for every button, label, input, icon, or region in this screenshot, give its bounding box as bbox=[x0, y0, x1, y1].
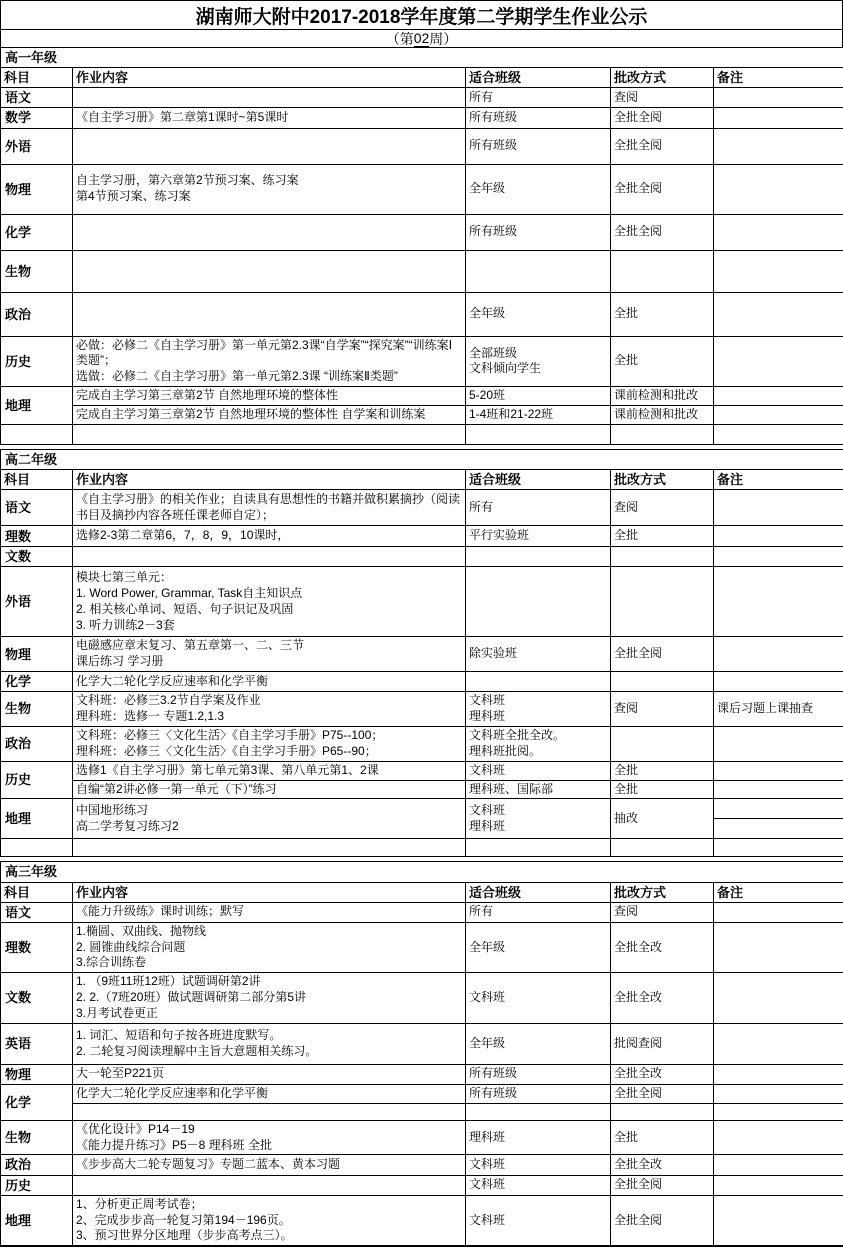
subject-cell: 外语 bbox=[1, 567, 73, 637]
note-cell bbox=[714, 922, 843, 972]
classes-cell bbox=[466, 1103, 611, 1120]
page-title: 湖南师大附中2017-2018学年度第二学期学生作业公示 bbox=[1, 1, 842, 30]
classes-cell: 所有 bbox=[466, 88, 611, 108]
content-cell bbox=[73, 1103, 466, 1120]
table-row: 文数 bbox=[1, 547, 843, 567]
content-cell: 必做：必修二《自主学习册》第一单元第2.3课“自学案”“探究案”“训练案Ⅰ类题”… bbox=[73, 336, 466, 386]
table-row: 自编“第2讲必修一第一单元（下）”练习 理科班、国际部 全批 bbox=[1, 780, 843, 799]
content-cell: 1.椭圆、双曲线、抛物线 2. 圆锥曲线综合问题 3.综合训练卷 bbox=[73, 922, 466, 972]
classes-cell: 理科班、国际部 bbox=[466, 780, 611, 799]
table-row: 理数 选修2-3第二章第6，7，8，9，10课时， 平行实验班 全批 bbox=[1, 526, 843, 547]
subject-cell: 英语 bbox=[1, 1023, 73, 1064]
method-cell bbox=[611, 547, 714, 567]
note-cell bbox=[714, 567, 843, 637]
classes-cell: 文科班全批全改。 理科班批阅。 bbox=[466, 726, 611, 761]
method-cell: 全批 bbox=[611, 336, 714, 386]
method-cell: 全批 bbox=[611, 292, 714, 336]
subject-cell bbox=[1, 424, 73, 444]
column-header-subject: 科目 bbox=[1, 882, 73, 902]
section-label-row: 高三年级 bbox=[1, 862, 843, 882]
method-cell: 全批全阅 bbox=[611, 164, 714, 214]
content-cell: 文科班：必修三〈文化生活〉《自主学习手册》P75--100； 理科班：必修三〈文… bbox=[73, 726, 466, 761]
content-cell: 《能力升级练》课时训练；默写 bbox=[73, 902, 466, 922]
note-cell bbox=[714, 1155, 843, 1175]
note-cell bbox=[714, 780, 843, 799]
note-cell bbox=[714, 336, 843, 386]
section-label: 高三年级 bbox=[1, 862, 843, 882]
content-cell: 完成自主学习第三章第2节 自然地理环境的整体性 自学案和训练案 bbox=[73, 406, 466, 425]
column-header-note: 备注 bbox=[714, 882, 843, 902]
subject-cell: 理数 bbox=[1, 526, 73, 547]
classes-cell: 理科班 bbox=[466, 1120, 611, 1155]
method-cell: 全批 bbox=[611, 526, 714, 547]
subject-cell: 语文 bbox=[1, 88, 73, 108]
content-cell: 1、分析更正周考试卷； 2、完成步步高一轮复习第194－196页。 3、预习世界… bbox=[73, 1195, 466, 1246]
method-cell: 查阅 bbox=[611, 490, 714, 526]
method-cell: 查阅 bbox=[611, 692, 714, 727]
note-cell bbox=[714, 726, 843, 761]
classes-cell bbox=[466, 672, 611, 692]
method-cell: 全批全改 bbox=[611, 1064, 714, 1084]
subject-cell: 物理 bbox=[1, 164, 73, 214]
subtitle-suffix: 周） bbox=[429, 29, 457, 49]
table-row: 政治 文科班：必修三〈文化生活〉《自主学习手册》P75--100； 理科班：必修… bbox=[1, 726, 843, 761]
note-cell bbox=[714, 902, 843, 922]
table-row: 物理 自主学习册，第六章第2节预习案、练习案 第4节预习案、练习案 全年级 全批… bbox=[1, 164, 843, 214]
note-cell bbox=[714, 88, 843, 108]
note-cell bbox=[714, 973, 843, 1023]
method-cell: 全批 bbox=[611, 761, 714, 780]
note-cell bbox=[714, 637, 843, 672]
classes-cell: 文科班 bbox=[466, 761, 611, 780]
table-row bbox=[1, 1103, 843, 1120]
note-cell bbox=[714, 406, 843, 425]
column-header-subject: 科目 bbox=[1, 68, 73, 88]
classes-cell: 文科班 bbox=[466, 1155, 611, 1175]
subject-cell: 语文 bbox=[1, 490, 73, 526]
method-cell: 全批全阅 bbox=[611, 128, 714, 164]
week-subtitle: （第 02 周） bbox=[1, 30, 842, 47]
subject-cell: 历史 bbox=[1, 336, 73, 386]
classes-cell: 1-4班和21-22班 bbox=[466, 406, 611, 425]
subtitle-prefix: （第 bbox=[386, 29, 414, 49]
method-cell: 全批全改 bbox=[611, 1155, 714, 1175]
subject-cell: 化学 bbox=[1, 214, 73, 250]
content-cell: 1. 词汇、短语和句子按各班进度默写。 2. 二轮复习阅读理解中主旨大意题相关练… bbox=[73, 1023, 466, 1064]
classes-cell: 全年级 bbox=[466, 1023, 611, 1064]
content-cell: 文科班：必修三3.2节自学案及作业 理科班：选修一 专题1.2,1.3 bbox=[73, 692, 466, 727]
header-row: 科目 作业内容 适合班级 批改方式 备注 bbox=[1, 882, 843, 902]
note-cell bbox=[714, 424, 843, 444]
table-row: 英语 1. 词汇、短语和句子按各班进度默写。 2. 二轮复习阅读理解中主旨大意题… bbox=[1, 1023, 843, 1064]
content-cell: 1. （9班11班12班）试题调研第2讲 2. 2.（7班20班）做试题调研第二… bbox=[73, 973, 466, 1023]
method-cell: 抽改 bbox=[611, 799, 714, 839]
note-cell bbox=[714, 490, 843, 526]
method-cell bbox=[611, 567, 714, 637]
note-cell bbox=[714, 1120, 843, 1155]
subject-cell: 生物 bbox=[1, 250, 73, 292]
column-header-content: 作业内容 bbox=[73, 470, 466, 490]
section-label: 高一年级 bbox=[1, 48, 843, 68]
classes-cell: 全年级 bbox=[466, 292, 611, 336]
subject-cell: 地理 bbox=[1, 799, 73, 839]
classes-cell: 所有班级 bbox=[466, 1084, 611, 1103]
classes-cell: 所有 bbox=[466, 490, 611, 526]
classes-cell: 所有 bbox=[466, 902, 611, 922]
content-cell: 化学大二轮化学反应速率和化学平衡 bbox=[73, 672, 466, 692]
classes-cell: 所有班级 bbox=[466, 1064, 611, 1084]
note-cell bbox=[714, 164, 843, 214]
note-cell bbox=[714, 1175, 843, 1195]
content-cell: 《优化设计》P14－19 《能力提升练习》P5－8 理科班 全批 bbox=[73, 1120, 466, 1155]
classes-cell: 所有班级 bbox=[466, 108, 611, 128]
content-cell bbox=[73, 839, 466, 857]
table-row: 化学 所有班级 全批全阅 bbox=[1, 214, 843, 250]
method-cell: 全批全阅 bbox=[611, 637, 714, 672]
subject-cell: 生物 bbox=[1, 1120, 73, 1155]
subject-cell: 语文 bbox=[1, 902, 73, 922]
note-cell bbox=[714, 819, 843, 839]
table-row: 政治 《步步高大二轮专题复习》专题二蓝本、黄本习题 文科班 全批全改 bbox=[1, 1155, 843, 1175]
column-header-method: 批改方式 bbox=[611, 68, 714, 88]
method-cell: 全批全阅 bbox=[611, 214, 714, 250]
method-cell: 全批全阅 bbox=[611, 1084, 714, 1103]
classes-cell: 全部班级 文科倾向学生 bbox=[466, 336, 611, 386]
grade-1-section: 高一年级 科目 作业内容 适合班级 批改方式 备注 语文 所有 查阅 数学 《自… bbox=[0, 47, 843, 445]
header-row: 科目 作业内容 适合班级 批改方式 备注 bbox=[1, 470, 843, 490]
classes-cell bbox=[466, 424, 611, 444]
note-cell bbox=[714, 672, 843, 692]
subject-cell: 物理 bbox=[1, 1064, 73, 1084]
method-cell bbox=[611, 1103, 714, 1120]
note-cell bbox=[714, 1064, 843, 1084]
content-cell bbox=[73, 88, 466, 108]
content-cell bbox=[73, 292, 466, 336]
content-cell: 大一轮至P221页 bbox=[73, 1064, 466, 1084]
method-cell: 查阅 bbox=[611, 88, 714, 108]
subject-cell: 外语 bbox=[1, 128, 73, 164]
note-cell bbox=[714, 839, 843, 857]
note-cell bbox=[714, 108, 843, 128]
classes-cell: 除实验班 bbox=[466, 637, 611, 672]
title-block: 湖南师大附中2017-2018学年度第二学期学生作业公示 （第 02 周） bbox=[0, 0, 843, 47]
content-cell bbox=[73, 214, 466, 250]
classes-cell: 文科班 bbox=[466, 973, 611, 1023]
column-header-note: 备注 bbox=[714, 470, 843, 490]
content-cell: 电磁感应章末复习、第五章第一、二、三节 课后练习 学习册 bbox=[73, 637, 466, 672]
table-row: 文数 1. （9班11班12班）试题调研第2讲 2. 2.（7班20班）做试题调… bbox=[1, 973, 843, 1023]
note-cell bbox=[714, 387, 843, 406]
table-row: 生物 文科班：必修三3.2节自学案及作业 理科班：选修一 专题1.2,1.3 文… bbox=[1, 692, 843, 727]
table-row: 地理 1、分析更正周考试卷； 2、完成步步高一轮复习第194－196页。 3、预… bbox=[1, 1195, 843, 1246]
method-cell: 全批全改 bbox=[611, 973, 714, 1023]
table-row: 语文 《自主学习册》的相关作业；自读具有思想性的书籍并做积累摘抄（阅读书目及摘抄… bbox=[1, 490, 843, 526]
column-header-content: 作业内容 bbox=[73, 882, 466, 902]
table-row: 语文 所有 查阅 bbox=[1, 88, 843, 108]
content-cell: 《自主学习册》第二章第1课时~第5课时 bbox=[73, 108, 466, 128]
method-cell: 全批全阅 bbox=[611, 1175, 714, 1195]
table-row: 生物 bbox=[1, 250, 843, 292]
column-header-method: 批改方式 bbox=[611, 470, 714, 490]
note-cell bbox=[714, 799, 843, 819]
classes-cell: 文科班 bbox=[466, 1195, 611, 1246]
content-cell: 自编“第2讲必修一第一单元（下）”练习 bbox=[73, 780, 466, 799]
note-cell bbox=[714, 526, 843, 547]
content-cell bbox=[73, 1175, 466, 1195]
subject-cell bbox=[1, 839, 73, 857]
subject-cell: 政治 bbox=[1, 1155, 73, 1175]
note-cell bbox=[714, 1103, 843, 1120]
table-row: 历史 选修1《自主学习册》第七单元第3课、第八单元第1、2课 文科班 全批 bbox=[1, 761, 843, 780]
empty-row bbox=[1, 424, 843, 444]
subject-cell: 化学 bbox=[1, 672, 73, 692]
table-row: 地理 完成自主学习第三章第2节 自然地理环境的整体性 5-20班 课前检测和批改 bbox=[1, 387, 843, 406]
header-row: 科目 作业内容 适合班级 批改方式 备注 bbox=[1, 68, 843, 88]
classes-cell: 文科班 bbox=[466, 1175, 611, 1195]
method-cell: 批阅查阅 bbox=[611, 1023, 714, 1064]
section-label-row: 高二年级 bbox=[1, 449, 843, 469]
classes-cell bbox=[466, 567, 611, 637]
grade-2-section: 高二年级 科目 作业内容 适合班级 批改方式 备注 语文 《自主学习册》的相关作… bbox=[0, 449, 843, 857]
classes-cell bbox=[466, 839, 611, 857]
column-header-classes: 适合班级 bbox=[466, 470, 611, 490]
table-row: 数学 《自主学习册》第二章第1课时~第5课时 所有班级 全批全阅 bbox=[1, 108, 843, 128]
method-cell: 全批 bbox=[611, 1120, 714, 1155]
content-cell: 化学大二轮化学反应速率和化学平衡 bbox=[73, 1084, 466, 1103]
content-cell bbox=[73, 424, 466, 444]
column-header-subject: 科目 bbox=[1, 470, 73, 490]
subject-cell: 政治 bbox=[1, 292, 73, 336]
classes-cell: 平行实验班 bbox=[466, 526, 611, 547]
note-cell bbox=[714, 250, 843, 292]
subject-cell: 生物 bbox=[1, 692, 73, 727]
table-row: 理数 1.椭圆、双曲线、抛物线 2. 圆锥曲线综合问题 3.综合训练卷 全年级 … bbox=[1, 922, 843, 972]
subject-cell: 文数 bbox=[1, 547, 73, 567]
content-cell: 模块七第三单元： 1. Word Power, Grammar, Task自主知… bbox=[73, 567, 466, 637]
content-cell: 完成自主学习第三章第2节 自然地理环境的整体性 bbox=[73, 387, 466, 406]
content-cell: 自主学习册，第六章第2节预习案、练习案 第4节预习案、练习案 bbox=[73, 164, 466, 214]
table-row: 物理 电磁感应章末复习、第五章第一、二、三节 课后练习 学习册 除实验班 全批全… bbox=[1, 637, 843, 672]
subject-cell: 文数 bbox=[1, 973, 73, 1023]
note-cell bbox=[714, 214, 843, 250]
subject-cell: 政治 bbox=[1, 726, 73, 761]
classes-cell: 全年级 bbox=[466, 922, 611, 972]
table-row: 物理 大一轮至P221页 所有班级 全批全改 bbox=[1, 1064, 843, 1084]
note-cell bbox=[714, 128, 843, 164]
table-row: 地理 中国地形练习 高二学考复习练习2 文科班 理科班 抽改 bbox=[1, 799, 843, 819]
classes-cell bbox=[466, 547, 611, 567]
column-header-method: 批改方式 bbox=[611, 882, 714, 902]
table-row: 化学 化学大二轮化学反应速率和化学平衡 bbox=[1, 672, 843, 692]
note-cell: 课后习题上课抽查 bbox=[714, 692, 843, 727]
content-cell: 《自主学习册》的相关作业；自读具有思想性的书籍并做积累摘抄（阅读书目及摘抄内容各… bbox=[73, 490, 466, 526]
section-label: 高二年级 bbox=[1, 449, 843, 469]
subject-cell: 地理 bbox=[1, 387, 73, 425]
table-row: 政治 全年级 全批 bbox=[1, 292, 843, 336]
method-cell: 查阅 bbox=[611, 902, 714, 922]
classes-cell: 所有班级 bbox=[466, 214, 611, 250]
method-cell: 全批 bbox=[611, 780, 714, 799]
note-cell bbox=[714, 1084, 843, 1103]
note-cell bbox=[714, 1023, 843, 1064]
note-cell bbox=[714, 292, 843, 336]
method-cell bbox=[611, 726, 714, 761]
content-cell: 选修1《自主学习册》第七单元第3课、第八单元第1、2课 bbox=[73, 761, 466, 780]
classes-cell: 全年级 bbox=[466, 164, 611, 214]
classes-cell: 文科班 理科班 bbox=[466, 799, 611, 839]
note-cell bbox=[714, 761, 843, 780]
note-cell bbox=[714, 547, 843, 567]
table-row: 外语 模块七第三单元： 1. Word Power, Grammar, Task… bbox=[1, 567, 843, 637]
method-cell: 全批全改 bbox=[611, 922, 714, 972]
content-cell bbox=[73, 547, 466, 567]
column-header-classes: 适合班级 bbox=[466, 882, 611, 902]
method-cell: 全批全阅 bbox=[611, 108, 714, 128]
table-row: 历史 必做：必修二《自主学习册》第一单元第2.3课“自学案”“探究案”“训练案Ⅰ… bbox=[1, 336, 843, 386]
subject-cell: 地理 bbox=[1, 1195, 73, 1246]
table-row: 完成自主学习第三章第2节 自然地理环境的整体性 自学案和训练案 1-4班和21-… bbox=[1, 406, 843, 425]
table-row: 生物 《优化设计》P14－19 《能力提升练习》P5－8 理科班 全批 理科班 … bbox=[1, 1120, 843, 1155]
subject-cell: 化学 bbox=[1, 1084, 73, 1120]
note-cell bbox=[714, 1195, 843, 1246]
empty-row bbox=[1, 839, 843, 857]
method-cell bbox=[611, 839, 714, 857]
content-cell bbox=[73, 250, 466, 292]
column-header-classes: 适合班级 bbox=[466, 68, 611, 88]
homework-announcement-page: 湖南师大附中2017-2018学年度第二学期学生作业公示 （第 02 周） 高一… bbox=[0, 0, 843, 1247]
subject-cell: 理数 bbox=[1, 922, 73, 972]
table-row: 语文 《能力升级练》课时训练；默写 所有 查阅 bbox=[1, 902, 843, 922]
week-number: 02 bbox=[414, 30, 430, 47]
classes-cell: 5-20班 bbox=[466, 387, 611, 406]
content-cell: 中国地形练习 高二学考复习练习2 bbox=[73, 799, 466, 839]
method-cell bbox=[611, 424, 714, 444]
table-row: 外语 所有班级 全批全阅 bbox=[1, 128, 843, 164]
subject-cell: 历史 bbox=[1, 1175, 73, 1195]
method-cell bbox=[611, 250, 714, 292]
grade-3-section: 高三年级 科目 作业内容 适合班级 批改方式 备注 语文 《能力升级练》课时训练… bbox=[0, 861, 843, 1247]
method-cell: 全批全阅 bbox=[611, 1195, 714, 1246]
column-header-note: 备注 bbox=[714, 68, 843, 88]
section-label-row: 高一年级 bbox=[1, 48, 843, 68]
content-cell: 《步步高大二轮专题复习》专题二蓝本、黄本习题 bbox=[73, 1155, 466, 1175]
subject-cell: 数学 bbox=[1, 108, 73, 128]
classes-cell: 文科班 理科班 bbox=[466, 692, 611, 727]
column-header-content: 作业内容 bbox=[73, 68, 466, 88]
table-row: 化学 化学大二轮化学反应速率和化学平衡 所有班级 全批全阅 bbox=[1, 1084, 843, 1103]
subject-cell: 物理 bbox=[1, 637, 73, 672]
classes-cell bbox=[466, 250, 611, 292]
subject-cell: 历史 bbox=[1, 761, 73, 799]
classes-cell: 所有班级 bbox=[466, 128, 611, 164]
method-cell bbox=[611, 672, 714, 692]
content-cell: 选修2-3第二章第6，7，8，9，10课时， bbox=[73, 526, 466, 547]
method-cell: 课前检测和批改 bbox=[611, 406, 714, 425]
content-cell bbox=[73, 128, 466, 164]
method-cell: 课前检测和批改 bbox=[611, 387, 714, 406]
table-row: 历史 文科班 全批全阅 bbox=[1, 1175, 843, 1195]
